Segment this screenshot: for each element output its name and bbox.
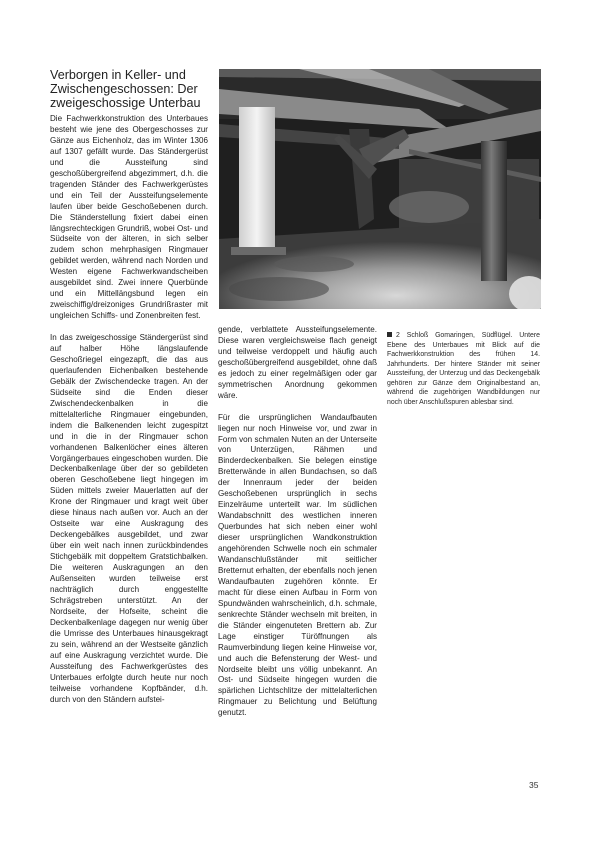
paragraph: Die Fachwerkkonstruktion des Unterbaues … <box>50 114 208 322</box>
caption-text: Schloß Gomaringen, Südflügel. Untere Ebe… <box>387 332 540 406</box>
paragraph: gende, verblattete Aussteifungselemente.… <box>218 325 377 402</box>
article-heading: Verborgen in Keller- und Zwischengeschos… <box>50 68 215 111</box>
caption-square-bullet-icon <box>387 332 392 337</box>
document-page: Verborgen in Keller- und Zwischengeschos… <box>0 0 595 842</box>
paragraph: In das zweigeschossige Ständergerüst sin… <box>50 333 208 705</box>
figure-number: 2 <box>396 332 400 339</box>
page-number: 35 <box>529 780 538 790</box>
text-column-2: gende, verblattete Aussteifungselemente.… <box>218 325 377 719</box>
figure-photo <box>219 69 541 309</box>
paragraph: Für die ursprünglichen Wandaufbauten lie… <box>218 413 377 720</box>
text-column-1: Die Fachwerkkonstruktion des Unterbaues … <box>50 114 208 705</box>
timber-frame-photo-icon <box>219 69 541 309</box>
figure-caption: 2 Schloß Gomaringen, Südflügel. Untere E… <box>387 331 540 407</box>
